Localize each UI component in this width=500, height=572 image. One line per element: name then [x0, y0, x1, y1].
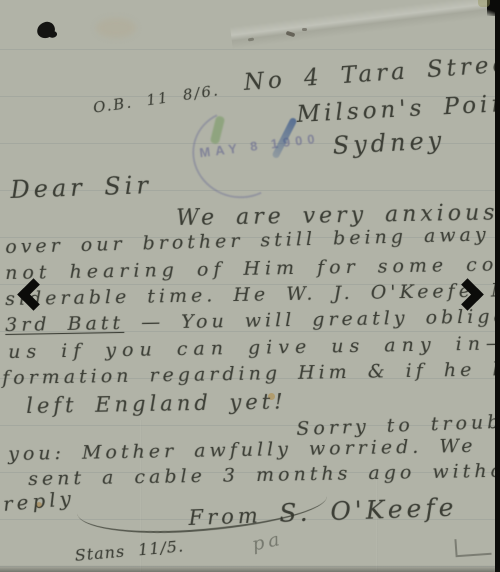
chevron-left-icon	[17, 278, 50, 311]
battalion-underlined: 3rd Batt	[5, 312, 124, 336]
pencil-stroke	[454, 537, 491, 557]
body-line-8: left England yet!	[26, 389, 287, 418]
signature-from: From	[188, 503, 262, 530]
chevron-right-icon	[451, 278, 484, 311]
paper-stain	[96, 18, 136, 38]
paper-tear-mark	[302, 28, 307, 31]
address-line-3: Sydney	[332, 126, 446, 160]
salutation: Dear Sir	[10, 171, 152, 204]
scan-edge-tint	[478, 0, 490, 7]
next-image-button[interactable]	[452, 266, 496, 314]
signature-name: S. O'Keefe	[279, 493, 458, 528]
scan-edge-bottom	[0, 565, 500, 572]
letter-photo-viewer: MAY 8 1900 O.B. 11 8/6. No 4 Tara Street…	[0, 0, 500, 572]
previous-image-button[interactable]	[10, 266, 54, 314]
